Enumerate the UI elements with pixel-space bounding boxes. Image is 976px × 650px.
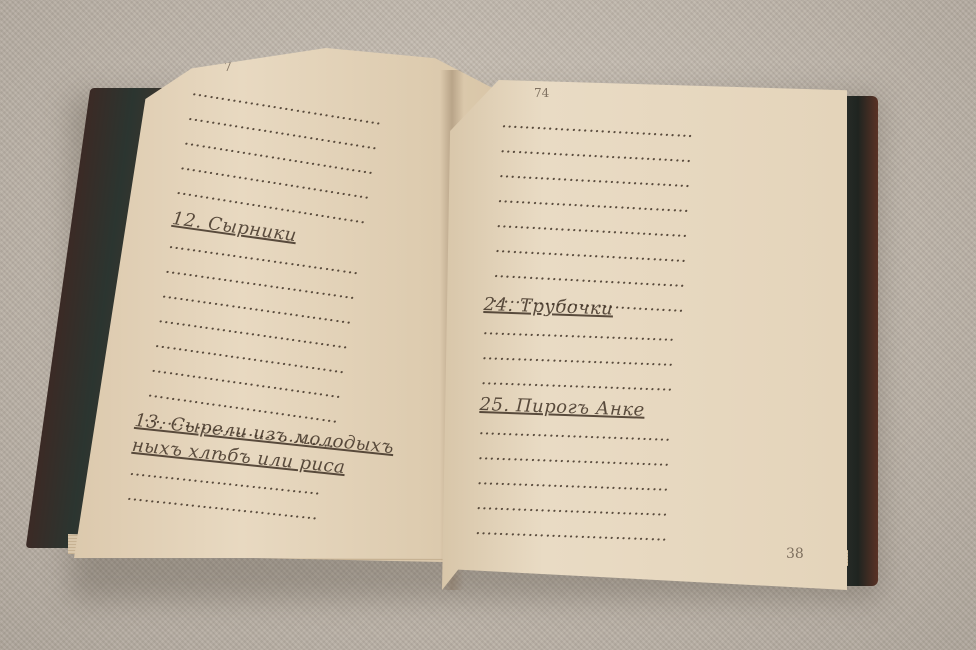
photo-scene: 7 …………………………… …………………………… …………………………… ……… xyxy=(0,0,976,650)
text-line: …………………………… xyxy=(475,517,668,549)
corner-page-number: 38 xyxy=(786,546,804,562)
right-page-number: 74 xyxy=(534,86,549,100)
recipe-25: 25. Пирогъ Анке …………………………… …………………………… … xyxy=(475,392,673,549)
recipe-24: 24. Трубочки …………………………… …………………………… ………… xyxy=(481,292,677,399)
left-page-text: …………………………… …………………………… …………………………… …………… xyxy=(174,78,384,232)
right-page-text: …………………………… …………………………… …………………………… …………… xyxy=(492,110,695,320)
recipe-13: 13. Сырели изъ молодыхъ ныхъ хлѣбъ или р… xyxy=(126,408,396,535)
left-page-number: 7 xyxy=(224,60,232,74)
right-page: 74 …………………………… …………………………… …………………………… …… xyxy=(442,80,847,590)
